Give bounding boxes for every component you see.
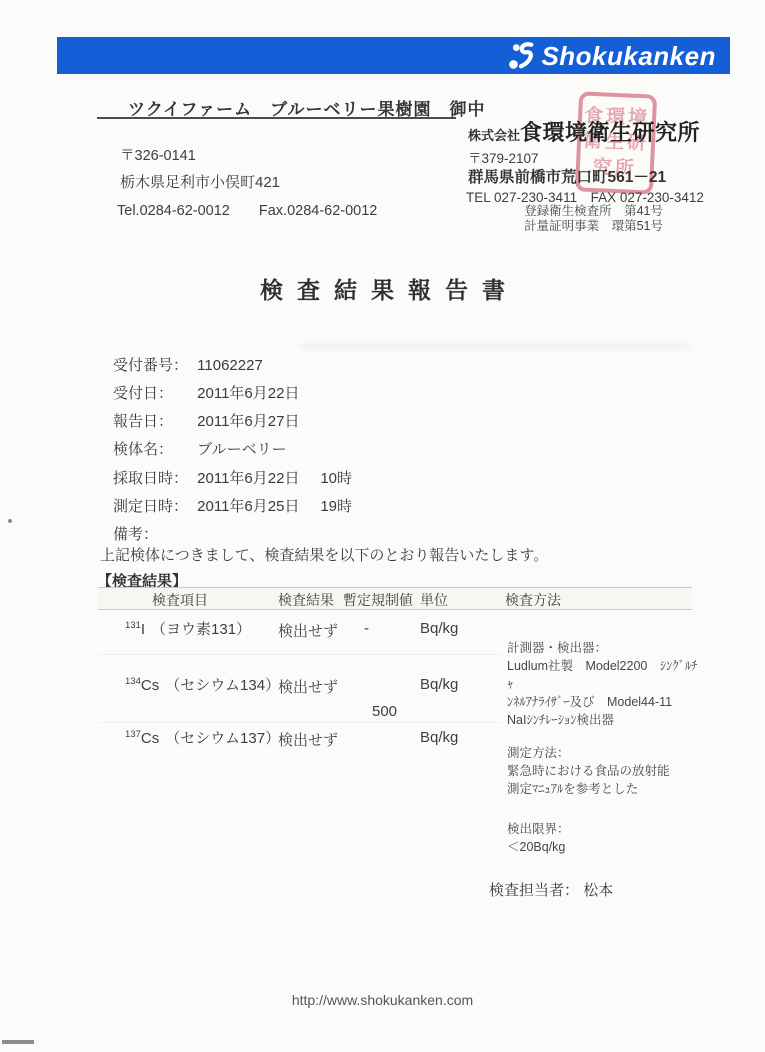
result-cs137: 検出せず [278, 729, 338, 750]
brand-logo-text: Shokukanken [541, 43, 716, 69]
meta-value: 2011年6月27日 [197, 410, 316, 431]
meta-label: 測定日時： [113, 495, 193, 516]
result-cs134: 検出せず [278, 676, 338, 697]
detection-limit-label: 検出限界： [507, 820, 699, 838]
meta-label: 報告日： [113, 410, 193, 431]
column-header-test-method: 検査方法 [505, 590, 561, 610]
table-row-separator [100, 722, 500, 723]
nuclide-mass-number: 137 [125, 729, 141, 740]
meta-label: 検体名： [113, 438, 193, 459]
issuer-address: 群馬県前橋市荒口町561－21 [468, 165, 666, 187]
issuer-company-prefix: 株式会社 [468, 125, 520, 147]
method-procedure-label: 測定方法： [507, 744, 699, 762]
unit-cs137: Bq/kg [420, 729, 458, 746]
meta-label: 受付日： [113, 382, 193, 403]
meta-value: ブルーベリー [197, 438, 316, 459]
unit-i131: Bq/kg [420, 620, 458, 637]
meta-value: 11062227 [197, 357, 316, 374]
recipient-tel-fax: Tel.0284-62-0012 Fax.0284-62-0012 [117, 199, 377, 220]
method-detector-line: NaIｼﾝﾁﾚｰｼｮﾝ検出器 [507, 711, 699, 729]
shokukanken-logo-icon [506, 41, 536, 71]
method-procedure-line: 緊急時における食品の放射能 [507, 762, 699, 780]
table-row-nuclide-cs137: 137Cs（セシウム137） [125, 727, 280, 748]
nuclide-name: （セシウム137） [165, 730, 280, 747]
method-procedure-block: 測定方法： 緊急時における食品の放射能 測定ﾏﾆｭｱﾙを参考とした [507, 744, 699, 798]
nuclide-symbol: Cs [141, 730, 159, 747]
meta-row-reception-date: 受付日： 2011年6月22日 [113, 382, 316, 403]
nuclide-symbol: I [141, 621, 145, 638]
recipient-address: 栃木県足利市小俣町421 [120, 171, 280, 192]
detection-limit-block: 検出限界： ＜20Bq/kg [507, 820, 699, 856]
meta-row-reception-number: 受付番号： 11062227 [113, 354, 316, 375]
issuer-company-name: 食環境衛生研究所 [520, 116, 700, 147]
nuclide-mass-number: 131 [125, 620, 141, 631]
scan-corner-artifact [2, 1040, 34, 1044]
meta-value: 2011年6月22日 [197, 467, 316, 488]
column-header-unit: 単位 [420, 590, 448, 610]
meta-label: 受付番号： [113, 354, 193, 375]
meta-value: 2011年6月22日 [197, 382, 316, 403]
examiner-row: 検査担当者： 松本 [489, 879, 613, 900]
result-i131: 検出せず [278, 620, 338, 641]
examiner-label: 検査担当者： [489, 882, 579, 899]
limit-i131: - [364, 620, 369, 637]
issuer-company-name-row: 株式会社 食環境衛生研究所 [468, 116, 700, 147]
nuclide-name: （セシウム134） [165, 677, 280, 694]
method-detector-block: 計測器・検出器： Ludlum社製 Model2200 ｼﾝｸﾞﾙﾁｬ ﾝﾈﾙｱ… [507, 639, 699, 729]
nuclide-symbol: Cs [141, 677, 159, 694]
brand-banner: Shokukanken [57, 37, 730, 74]
scan-smudge [300, 343, 690, 349]
issuer-postal-code: 〒379-2107 [468, 147, 539, 167]
footer-url: http://www.shokukanken.com [0, 992, 765, 1008]
shared-provisional-limit: 500 [372, 703, 397, 720]
issuer-registration-cert: 計量証明事業 環第51号 [455, 216, 663, 234]
meta-label: 備考： [113, 523, 193, 544]
recipient-underline [97, 117, 456, 119]
examiner-name: 松本 [583, 882, 613, 899]
meta-row-report-date: 報告日： 2011年6月27日 [113, 410, 316, 431]
meta-row-remarks: 備考： [113, 523, 193, 544]
meta-row-sample-name: 検体名： ブルーベリー [113, 438, 316, 459]
table-row-nuclide-cs134: 134Cs（セシウム134） [125, 674, 280, 695]
meta-extra: 10時 [320, 467, 352, 488]
meta-value: 2011年6月25日 [197, 495, 316, 516]
meta-label: 採取日時： [113, 467, 193, 488]
table-row-nuclide-i131: 131I（ヨウ素131） [125, 618, 251, 639]
report-title: 検査結果報告書 [0, 272, 765, 305]
table-row-separator [100, 654, 500, 655]
table-header-top-line [98, 587, 692, 588]
recipient-postal-code: 〒326-0141 [120, 144, 196, 165]
method-detector-label: 計測器・検出器： [507, 639, 699, 657]
column-header-provisional-limit: 暫定規制値 [343, 590, 413, 610]
report-statement: 上記検体につきまして、検査結果を以下のとおり報告いたします。 [100, 544, 548, 565]
method-procedure-line: 測定ﾏﾆｭｱﾙを参考とした [507, 780, 699, 798]
method-detector-line: ﾝﾈﾙｱﾅﾗｲｻﾞｰ及び Model44-11 [507, 693, 699, 711]
detection-limit-value: ＜20Bq/kg [507, 838, 699, 856]
nuclide-name: （ヨウ素131） [151, 621, 251, 638]
column-header-test-item: 検査項目 [152, 590, 208, 610]
meta-row-sampling-datetime: 採取日時： 2011年6月22日 10時 [113, 467, 352, 488]
scan-dot-artifact [8, 519, 12, 523]
nuclide-mass-number: 134 [125, 676, 141, 687]
column-header-test-result: 検査結果 [278, 590, 334, 610]
unit-cs134: Bq/kg [420, 676, 458, 693]
method-detector-line: Ludlum社製 Model2200 ｼﾝｸﾞﾙﾁｬ [507, 657, 699, 693]
meta-row-measurement-datetime: 測定日時： 2011年6月25日 19時 [113, 495, 352, 516]
meta-extra: 19時 [320, 495, 352, 516]
